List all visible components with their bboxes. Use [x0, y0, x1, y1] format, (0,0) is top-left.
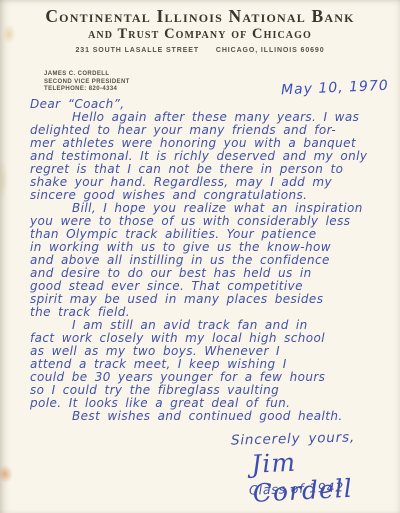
signature: Jim Cordell [251, 442, 400, 508]
bank-address: 231 SOUTH LASALLE STREET CHICAGO, ILLINO… [0, 47, 400, 54]
paper-stain [0, 160, 8, 200]
scanned-letter-page: Continental Illinois National Bank and T… [0, 0, 400, 513]
letter-body: Dear “Coach”, Hello again after these ma… [30, 98, 392, 423]
bank-city: CHICAGO, ILLINOIS 60690 [216, 47, 325, 54]
officer-name: JAMES C. CORDELL [44, 71, 130, 79]
bank-name-line2: and Trust Company of Chicago [0, 26, 400, 43]
bank-name-line1: Continental Illinois National Bank [0, 7, 400, 26]
officer-phone: TELEPHONE: 820-4334 [44, 86, 130, 94]
letter-date: May 10, 1970 [281, 78, 389, 99]
letter-body-lines: Hello again after these many years. I wa… [30, 111, 392, 423]
paper-stain [0, 465, 13, 483]
body-line: Best wishes and continued good health. [30, 410, 392, 423]
officer-block: JAMES C. CORDELL SECOND VICE PRESIDENT T… [44, 71, 130, 94]
bank-street: 231 SOUTH LASALLE STREET [76, 47, 200, 54]
letterhead: Continental Illinois National Bank and T… [0, 7, 400, 54]
officer-title: SECOND VICE PRESIDENT [44, 79, 130, 87]
